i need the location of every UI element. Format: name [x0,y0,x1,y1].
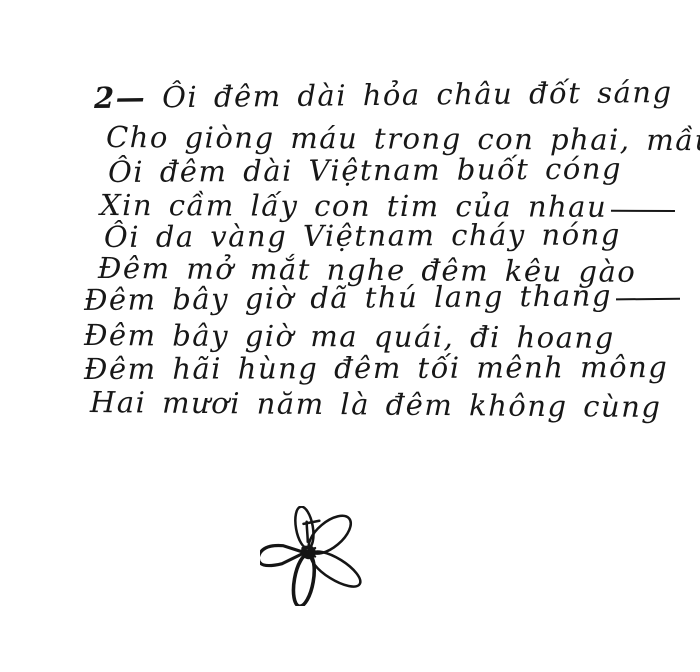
manuscript-line: Đêm bây giờ ma quái, đi hoang [84,321,615,353]
line-text: Ôi đêm dài hỏa châu đốt sáng [162,75,673,114]
manuscript-line: Hai mươi năm là đêm không cùng [90,388,662,422]
flower-petal [290,553,318,606]
manuscript-line: Đêm bây giờ dã thú lang thang [84,281,680,315]
flower-stem [307,522,308,542]
manuscript-line: Ôi da vàng Việtnam cháy nóng [104,220,621,252]
manuscript-line: 2—Ôi đêm dài hỏa châu đốt sáng [94,78,673,113]
flower-petal [292,506,316,550]
verse-number: 2— [94,83,146,113]
manuscript-line: Đêm hãi hùng đêm tối mênh mông [84,353,668,384]
manuscript-line: Cho giòng máu trong con phai, mầu [106,123,700,155]
manuscript-line: Ôi đêm dài Việtnam buốt cóng [108,154,622,187]
flower-doodle-icon [260,506,366,606]
manuscript-page: 2—Ôi đêm dài hỏa châu đốt sáng Cho giòng… [0,0,700,672]
